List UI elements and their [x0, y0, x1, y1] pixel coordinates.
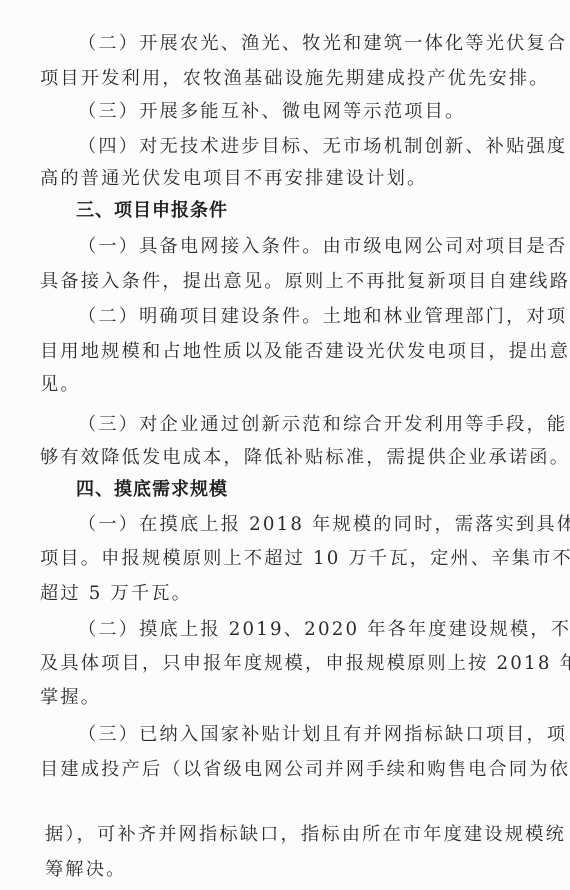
paragraph-line: （四）对无技术进步目标、无市场机制创新、补贴强度: [78, 135, 567, 159]
paragraph-line: 筹解决。: [45, 858, 127, 882]
paragraph-line: （三）已纳入国家补贴计划且有并网指标缺口项目，项: [78, 723, 567, 747]
paragraph-line: （三）对企业通过创新示范和综合开发利用等手段，能: [78, 413, 567, 437]
paragraph-line: （一）在摸底上报 2018 年规模的同时，需落实到具体: [78, 513, 570, 537]
paragraph-line: （二）开展农光、渔光、牧光和建筑一体化等光伏复合: [78, 32, 567, 56]
document-page: （二）开展农光、渔光、牧光和建筑一体化等光伏复合 项目开发利用，农牧渔基础设施先…: [0, 0, 570, 890]
paragraph-line: （一）具备电网接入条件。由市级电网公司对项目是否: [78, 235, 567, 259]
section-heading: 四、摸底需求规模: [76, 478, 228, 502]
paragraph-line: 见。: [40, 373, 81, 397]
paragraph-line: 具备接入条件，提出意见。原则上不再批复新项目自建线路。: [40, 270, 570, 294]
paragraph-line: 据），可补齐并网指标缺口，指标由所在市年度建设规模统: [45, 823, 566, 847]
paragraph-line: （二）明确项目建设条件。土地和林业管理部门，对项: [78, 305, 567, 329]
paragraph-line: 够有效降低发电成本，降低补贴标准，需提供企业承诺函。: [40, 446, 570, 470]
paragraph-line: 项目开发利用，农牧渔基础设施先期建成投产优先安排。: [40, 67, 550, 91]
paragraph-line: 高的普通光伏发电项目不再安排建设计划。: [40, 167, 427, 191]
section-heading: 三、项目申报条件: [76, 199, 228, 223]
paragraph-line: 超过 5 万千瓦。: [40, 582, 192, 606]
paragraph-line: 掌握。: [40, 686, 101, 710]
paragraph-line: （二）摸底上报 2019、2020 年各年度建设规模，不涉: [78, 618, 570, 642]
paragraph-line: 目用地规模和占地性质以及能否建设光伏发电项目，提出意: [40, 340, 570, 364]
paragraph-line: 及具体项目，只申报年度规模，申报规模原则上按 2018 年: [40, 652, 570, 676]
paragraph-line: 目建成投产后（以省级电网公司并网手续和购售电合同为依: [40, 758, 570, 782]
paragraph-line: 项目。申报规模原则上不超过 10 万千瓦，定州、辛集市不: [40, 547, 570, 571]
paragraph-line: （三）开展多能互补、微电网等示范项目。: [78, 100, 465, 124]
